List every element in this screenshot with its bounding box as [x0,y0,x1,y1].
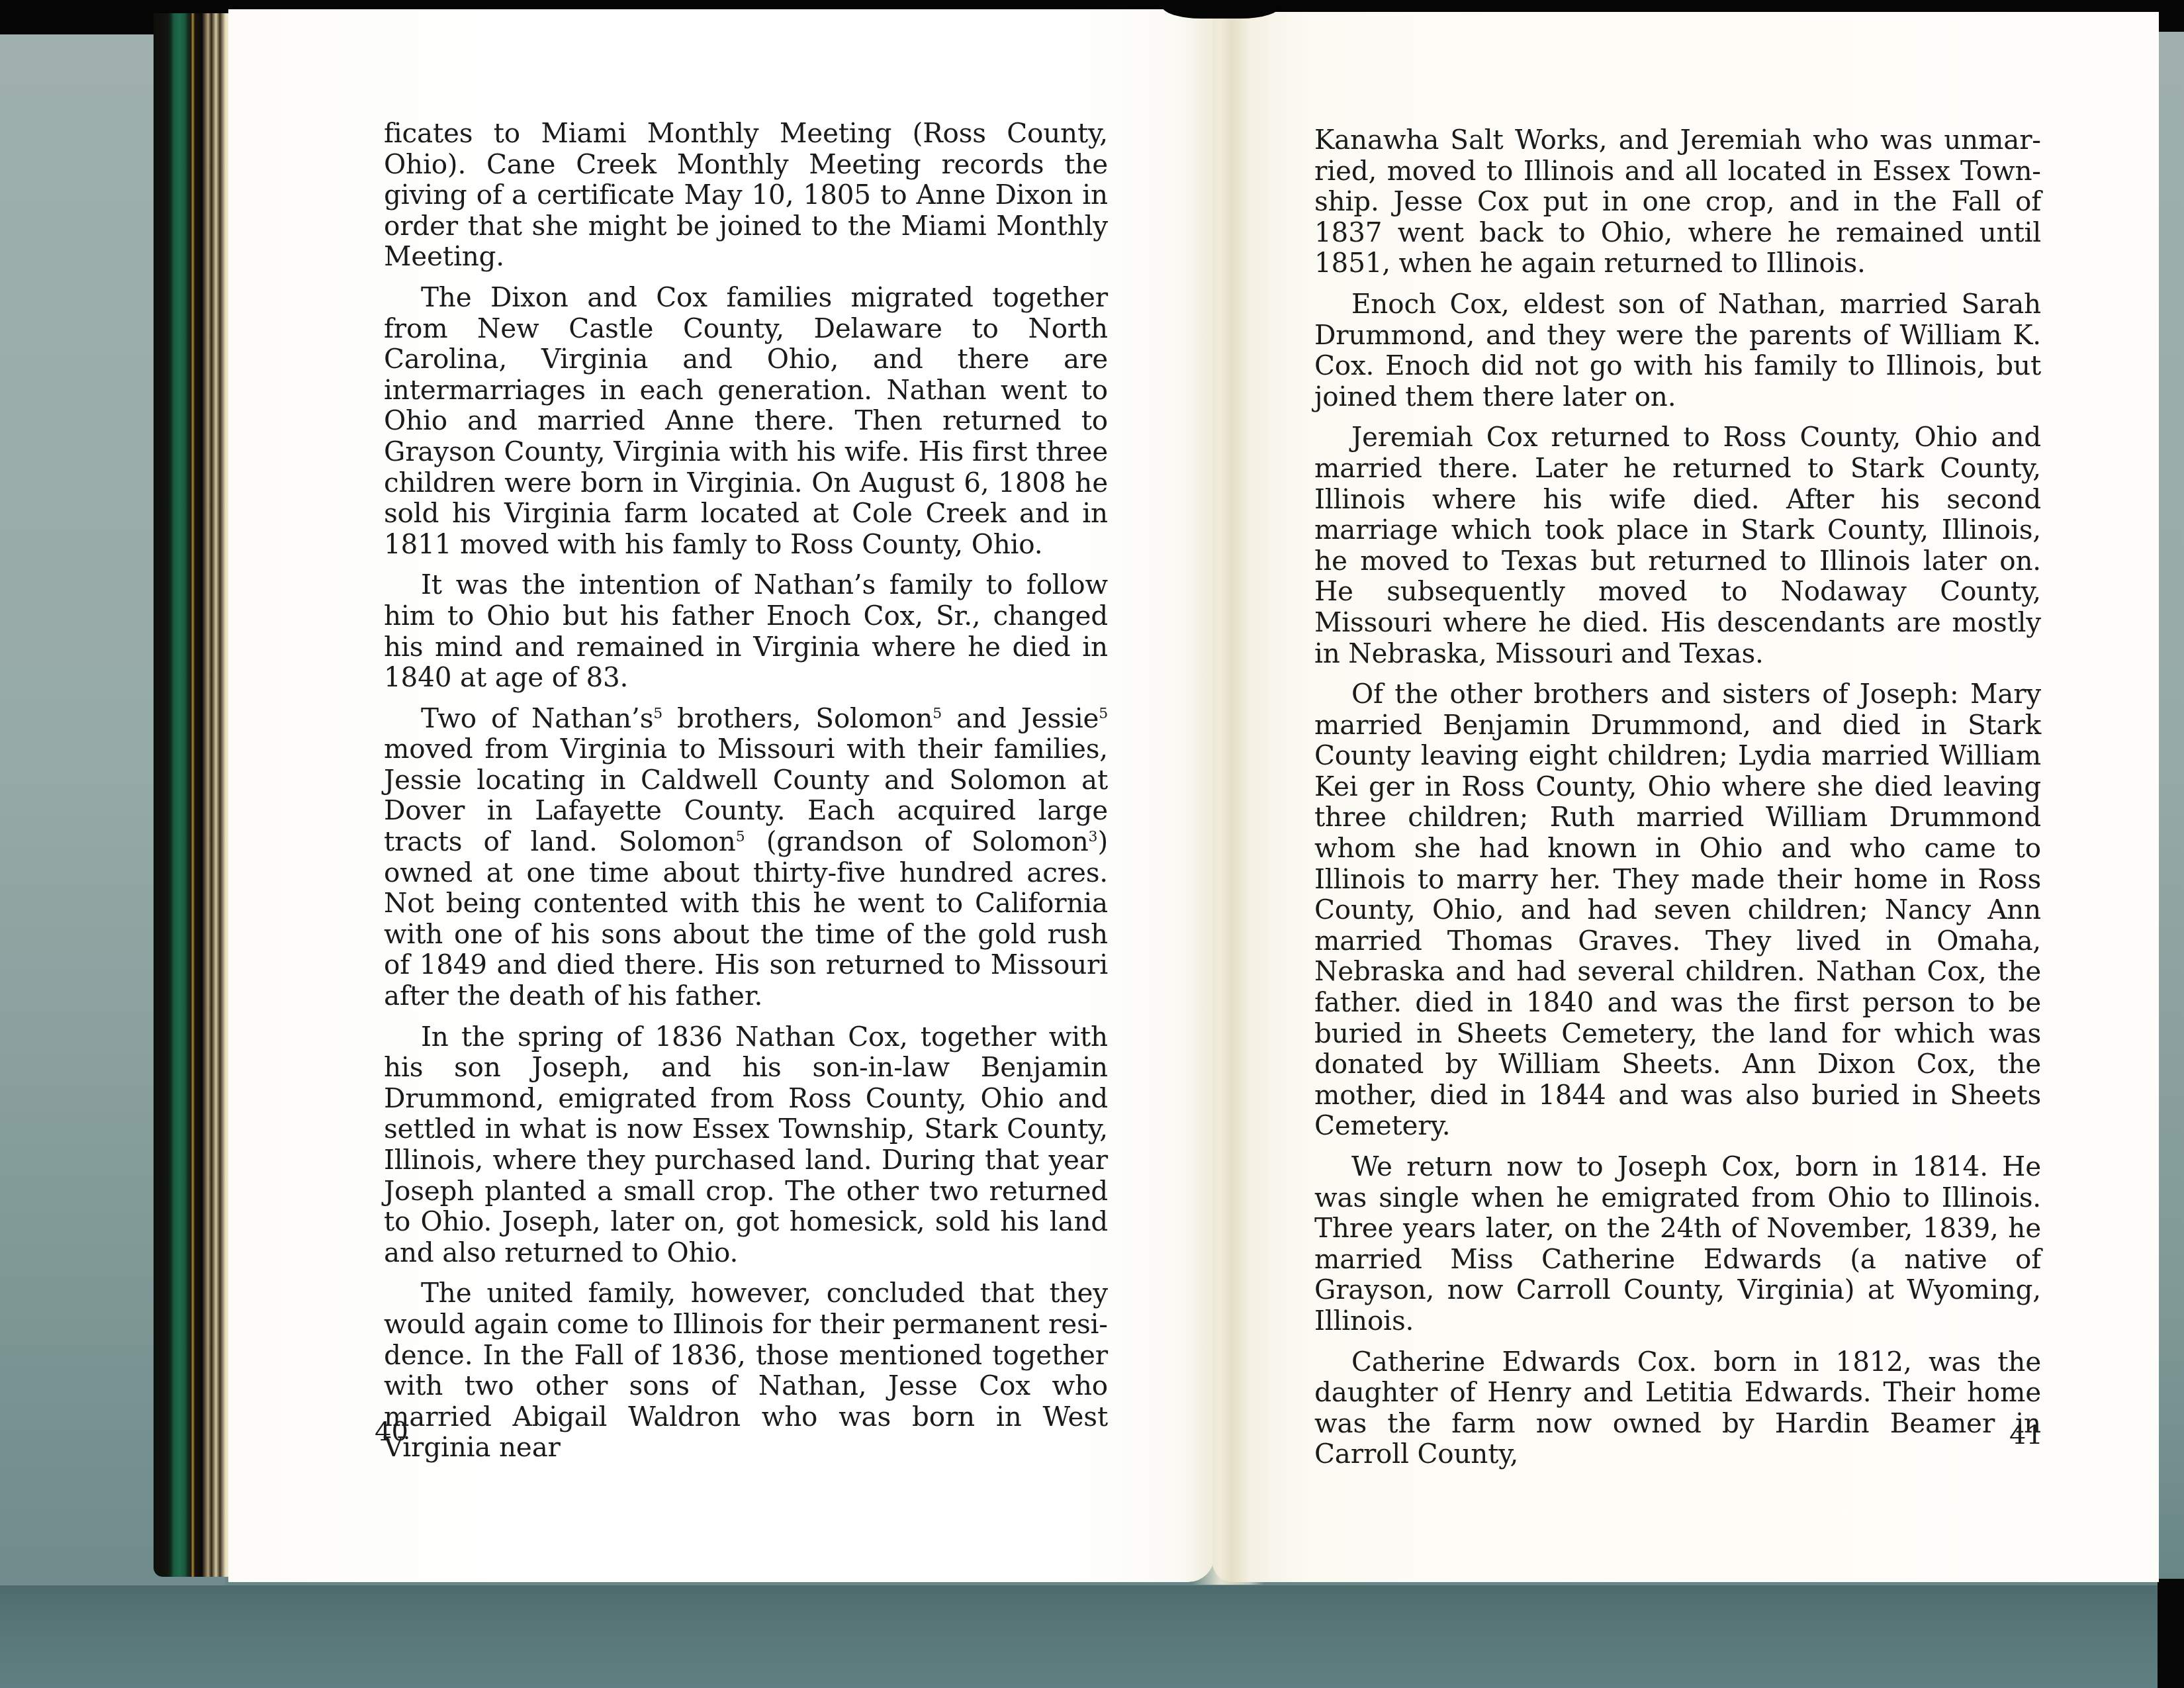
paragraph: Two of Nathan’s5 brothers, Solomon5 and … [384,703,1108,1011]
footnote-superscript: 5 [736,829,745,845]
footnote-superscript: 5 [1099,706,1108,722]
paragraph: The Dixon and Cox families migrated toge… [384,282,1108,559]
paragraph: Enoch Cox, eldest son of Nathan, married… [1314,289,2041,412]
gutter-top-shadow [1161,0,1281,19]
paragraph: Jeremiah Cox returned to Ross County, Oh… [1314,422,2041,669]
footnote-superscript: 5 [933,706,942,722]
paragraph: Kanawha Salt Works, and Jeremiah who was… [1314,124,2041,279]
paragraph: In the spring of 1836 Nathan Cox, togeth… [384,1021,1108,1268]
footnote-superscript: 3 [1089,829,1098,845]
paragraph: It was the intention of Nathan’s family … [384,569,1108,692]
paragraph: ficates to Miami Monthly Meeting (Ross C… [384,118,1108,272]
scanner-right-edge [2158,1579,2184,1688]
page-number-right: 41 [2009,1420,2043,1450]
left-page-text: ficates to Miami Monthly Meeting (Ross C… [384,118,1108,1463]
scanner-corner [0,0,159,34]
page-number-left: 40 [375,1417,408,1447]
paragraph: We return now to Joseph Cox, born in 181… [1314,1151,2041,1336]
paragraph: Catherine Edwards Cox. born in 1812, was… [1314,1346,2041,1470]
right-page-text: Kanawha Salt Works, and Jeremiah who was… [1314,124,2041,1470]
paragraph: Of the other brothers and sisters of Jos… [1314,679,2041,1141]
paragraph: The united family, however, concluded th… [384,1278,1108,1463]
book-gutter [1191,9,1264,1585]
book-spine-cover [154,13,232,1577]
footnote-superscript: 5 [653,706,662,722]
scanner-background [0,1585,2184,1688]
